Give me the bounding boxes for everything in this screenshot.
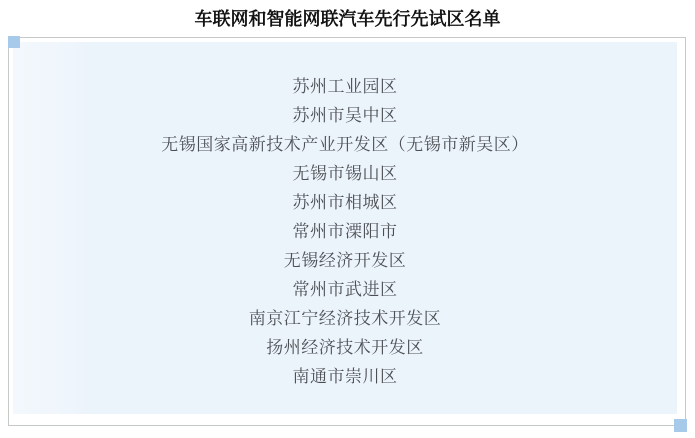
- list-item: 南通市崇川区: [13, 362, 677, 391]
- selection-handle-bottom-right[interactable]: [674, 419, 687, 432]
- pilot-zones-list: 苏州工业园区苏州市吴中区无锡国家高新技术产业开发区（无锡市新吴区）无锡市锡山区苏…: [13, 42, 677, 414]
- list-item: 扬州经济技术开发区: [13, 333, 677, 362]
- list-item: 苏州市吴中区: [13, 101, 677, 130]
- list-item: 苏州工业园区: [13, 72, 677, 101]
- page-title: 车联网和智能网联汽车先行先试区名单: [0, 0, 695, 31]
- list-item: 苏州市相城区: [13, 188, 677, 217]
- list-item: 常州市溧阳市: [13, 217, 677, 246]
- selection-handle-top-left[interactable]: [8, 36, 20, 48]
- list-item: 无锡国家高新技术产业开发区（无锡市新吴区）: [13, 130, 677, 159]
- page: 车联网和智能网联汽车先行先试区名单 苏州工业园区苏州市吴中区无锡国家高新技术产业…: [0, 0, 695, 31]
- list-item: 南京江宁经济技术开发区: [13, 304, 677, 333]
- list-item: 无锡市锡山区: [13, 159, 677, 188]
- list-item: 无锡经济开发区: [13, 246, 677, 275]
- list-item: 常州市武进区: [13, 275, 677, 304]
- pilot-zones-panel: 苏州工业园区苏州市吴中区无锡国家高新技术产业开发区（无锡市新吴区）无锡市锡山区苏…: [8, 37, 686, 426]
